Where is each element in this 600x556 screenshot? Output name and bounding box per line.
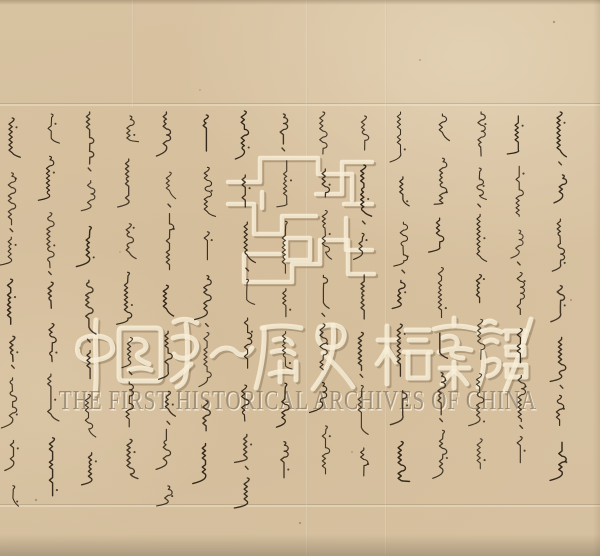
- diacritic-dot: [326, 343, 328, 345]
- diacritic-dot: [171, 495, 173, 497]
- diacritic-dot: [14, 296, 16, 298]
- paper-speck: [199, 89, 201, 91]
- script-word: [118, 159, 129, 207]
- script-word: [38, 156, 54, 200]
- diacritic-dot: [564, 304, 566, 306]
- script-word: [283, 289, 286, 317]
- script-word: [204, 232, 209, 260]
- diacritic-dot: [95, 460, 97, 462]
- script-word: [8, 279, 13, 324]
- diacritic-dot: [55, 352, 57, 354]
- script-word: [8, 173, 15, 225]
- script-column: [276, 114, 292, 478]
- diacritic-dot: [211, 239, 213, 241]
- script-word: [277, 161, 287, 207]
- manuscript-layer: THE FIRST HISTORICAL ARCHIVES OF CHINA T…: [0, 0, 600, 556]
- script-word: [195, 276, 212, 320]
- diacritic-dot: [250, 443, 252, 445]
- script-word: [507, 116, 518, 154]
- diacritic-dot: [524, 280, 526, 282]
- script-word: [517, 437, 522, 463]
- diacritic-dot: [522, 125, 524, 127]
- script-word: [49, 438, 54, 496]
- word-separator-dot: [560, 385, 563, 388]
- script-column: [0, 118, 20, 506]
- script-word: [361, 165, 372, 216]
- script-word: [281, 442, 288, 478]
- script-word: [48, 374, 59, 421]
- diacritic-dot: [133, 134, 135, 136]
- diacritic-dot: [133, 451, 135, 453]
- diacritic-dot: [172, 404, 174, 406]
- script-word: [394, 222, 408, 266]
- script-word: [157, 486, 173, 506]
- word-separator-dot: [282, 148, 285, 151]
- diacritic-dot: [446, 457, 448, 459]
- script-word: [429, 218, 444, 252]
- script-word: [358, 332, 363, 370]
- diacritic-dot: [367, 463, 369, 465]
- diacritic-dot: [93, 256, 95, 258]
- diacritic-dot: [16, 351, 18, 353]
- word-separator-dot: [12, 365, 15, 368]
- diacritic-dot: [483, 185, 485, 187]
- script-word: [323, 275, 329, 308]
- embossed-seal-watermark: [228, 158, 376, 284]
- script-column: [429, 114, 450, 478]
- diacritic-dot: [483, 237, 485, 239]
- script-word: [156, 429, 170, 469]
- paper-speck: [299, 522, 301, 524]
- paper-specks: [35, 21, 572, 524]
- script-word: [280, 114, 287, 144]
- script-word: [517, 273, 524, 315]
- script-word: [398, 442, 410, 482]
- diacritic-dot: [446, 191, 448, 193]
- diacritic-dot: [329, 184, 331, 186]
- diacritic-dot: [17, 447, 19, 449]
- diacritic-dot: [524, 450, 526, 452]
- diacritic-dot: [290, 179, 292, 181]
- script-column: [193, 115, 216, 484]
- diacritic-dot: [444, 379, 446, 381]
- diacritic-dot: [483, 420, 485, 422]
- script-word: [392, 281, 405, 309]
- word-separator-dot: [520, 426, 523, 429]
- script-column: [156, 112, 176, 506]
- script-column: [354, 116, 372, 476]
- script-word: [166, 172, 176, 199]
- diacritic-dot: [522, 173, 524, 175]
- word-separator-dot: [360, 374, 363, 377]
- script-word: [199, 333, 211, 387]
- diacritic-dot: [329, 233, 331, 235]
- script-word: [397, 324, 402, 376]
- script-word: [127, 116, 139, 142]
- diacritic-dot: [563, 122, 565, 124]
- diacritic-dot: [484, 459, 486, 461]
- script-word: [554, 175, 567, 203]
- script-word: [551, 286, 565, 322]
- paper-speck: [553, 21, 555, 23]
- script-column: [117, 116, 139, 479]
- diacritic-dot: [54, 123, 56, 125]
- script-word: [478, 112, 485, 156]
- script-column: [76, 112, 97, 485]
- word-separator-dot: [206, 324, 209, 327]
- paper-speck: [479, 179, 481, 181]
- diacritic-dot: [404, 148, 406, 150]
- diacritic-dot: [56, 489, 58, 491]
- diacritic-dot: [289, 309, 291, 311]
- script-word: [203, 115, 208, 151]
- script-column: [234, 111, 255, 508]
- script-word: [117, 272, 132, 324]
- script-word: [127, 439, 138, 478]
- script-word: [157, 112, 171, 156]
- script-word: [550, 337, 566, 381]
- diacritic-dot: [173, 228, 175, 230]
- script-word: [0, 237, 12, 265]
- diacritic-dot: [404, 333, 406, 335]
- document-scan: THE FIRST HISTORICAL ARCHIVES OF CHINA T…: [0, 0, 600, 556]
- diacritic-dot: [53, 244, 55, 246]
- diacritic-dot: [16, 413, 18, 415]
- diacritic-dot: [563, 408, 565, 410]
- paper-right-edge: [593, 0, 600, 556]
- script-word: [552, 219, 564, 271]
- script-word: [438, 268, 443, 318]
- script-word: [166, 214, 173, 270]
- diacritic-dot: [289, 362, 291, 364]
- word-separator-dot: [559, 162, 562, 165]
- word-separator-dot: [88, 168, 91, 171]
- word-separator-dot: [322, 313, 325, 316]
- script-word: [49, 324, 56, 362]
- diacritic-dot: [211, 190, 213, 192]
- diacritic-dot: [484, 123, 486, 125]
- script-word: [361, 116, 368, 150]
- diacritic-dot: [406, 404, 408, 406]
- diacritic-dot: [565, 461, 567, 463]
- diacritic-dot: [16, 500, 18, 502]
- script-word: [81, 181, 95, 211]
- script-word: [235, 111, 248, 159]
- script-word: [557, 112, 566, 157]
- diacritic-dot: [249, 187, 251, 189]
- word-separator-dot: [167, 421, 170, 424]
- paper-top-edge: [0, 0, 600, 5]
- script-word: [48, 114, 59, 143]
- script-word: [47, 213, 54, 268]
- word-separator-dot: [518, 262, 521, 265]
- script-word: [10, 336, 15, 361]
- script-word: [1, 378, 16, 428]
- script-word: [235, 434, 248, 462]
- script-word: [86, 112, 93, 164]
- word-separator-dot: [10, 229, 13, 232]
- paper-speck: [35, 499, 37, 501]
- script-word: [511, 230, 523, 258]
- script-word: [204, 167, 215, 216]
- script-column: [38, 114, 59, 496]
- script-word: [13, 486, 19, 507]
- paper-speck: [119, 251, 121, 253]
- script-word: [516, 166, 523, 216]
- diacritic-dot: [131, 304, 133, 306]
- word-separator-dot: [402, 270, 405, 273]
- paper-speck: [351, 451, 353, 453]
- script-word: [476, 275, 481, 303]
- chinese-watermark-glyph: [172, 319, 197, 387]
- script-word: [5, 441, 14, 471]
- diacritic-dot: [483, 278, 485, 280]
- diacritic-dot: [287, 468, 289, 470]
- diacritic-dot: [525, 385, 527, 387]
- script-word: [361, 448, 368, 476]
- script-word: [477, 439, 482, 469]
- script-word: [390, 112, 401, 162]
- manchu-text-columns: [0, 111, 567, 508]
- chinese-watermark-glyph: [78, 320, 113, 394]
- script-word: [9, 118, 20, 157]
- diacritic-dot: [248, 146, 250, 148]
- script-column: [390, 112, 410, 481]
- diacritic-dot: [564, 262, 566, 264]
- paper-speck: [570, 299, 572, 301]
- diacritic-dot: [367, 198, 369, 200]
- script-word: [433, 430, 447, 478]
- word-separator-dot: [168, 204, 171, 207]
- word-separator-dot: [478, 204, 481, 207]
- script-word: [193, 444, 206, 484]
- diacritic-dot: [133, 227, 135, 229]
- script-word: [354, 233, 364, 259]
- script-word: [550, 442, 566, 480]
- script-word: [322, 426, 329, 474]
- script-column: [550, 112, 567, 480]
- paper-speck: [419, 59, 421, 61]
- script-word: [244, 318, 251, 368]
- diacritic-dot: [404, 291, 406, 293]
- diacritic-dot: [407, 255, 409, 257]
- diacritic-dot: [15, 126, 17, 128]
- word-separator-dot: [49, 272, 52, 275]
- script-word: [163, 285, 173, 316]
- script-word: [48, 282, 53, 308]
- word-separator-dot: [363, 221, 366, 224]
- diacritic-dot: [54, 399, 56, 401]
- diacritic-dot: [15, 178, 17, 180]
- script-word: [126, 224, 136, 259]
- script-word: [434, 158, 447, 204]
- script-word: [556, 395, 563, 425]
- diacritic-dot: [445, 307, 447, 309]
- word-separator-dot: [440, 419, 443, 422]
- paper-speck: [79, 347, 81, 349]
- script-word: [477, 168, 486, 199]
- diacritic-dot: [365, 239, 367, 241]
- word-separator-dot: [245, 466, 248, 469]
- script-word: [361, 275, 364, 319]
- script-word: [76, 227, 91, 267]
- script-word: [82, 453, 92, 485]
- script-word: [234, 478, 249, 508]
- diacritic-dot: [406, 200, 408, 202]
- diacritic-dot: [15, 244, 17, 246]
- scan-bottom-shadow: [0, 534, 600, 556]
- script-word: [320, 112, 327, 154]
- diacritic-dot: [251, 331, 253, 333]
- script-word: [439, 114, 449, 141]
- diacritic-dot: [53, 172, 55, 174]
- diacritic-dot: [329, 435, 331, 437]
